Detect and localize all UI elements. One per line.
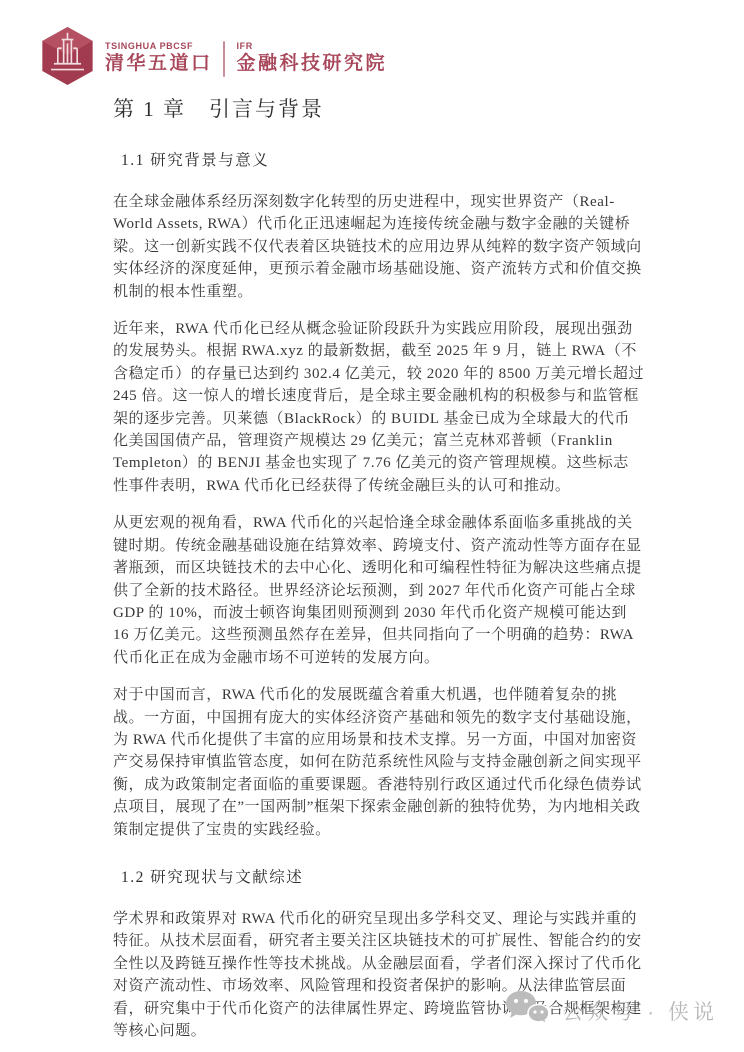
wechat-icon <box>504 989 550 1032</box>
section-heading-1-1: 1.1 研究背景与意义 <box>121 150 644 172</box>
section-heading-1-2: 1.2 研究现状与文献综述 <box>121 867 644 889</box>
paragraph: 近年来，RWA 代币化已经从概念验证阶段跃升为实践应用阶段，展现出强劲的发展势头… <box>113 318 644 497</box>
paragraph: 从更宏观的视角看，RWA 代币化的兴起恰逢全球金融体系面临多重挑战的关键时期。传… <box>113 512 644 669</box>
brand-primary-zh-label: 清华五道口 <box>105 52 213 76</box>
watermark: 公众号 · 侠说 <box>504 989 718 1032</box>
document-page: 第 1 章 引言与背景 1.1 研究背景与意义 在全球金融体系经历深刻数字化转型… <box>113 94 644 1052</box>
chapter-title: 第 1 章 引言与背景 <box>113 94 644 124</box>
page-header: TSINGHUA PBCSF 清华五道口 IFR 金融科技研究院 <box>40 26 387 91</box>
paragraph: 在全球金融体系经历深刻数字化转型的历史进程中，现实世界资产（Real-World… <box>113 191 644 303</box>
watermark-text: 公众号 · 侠说 <box>562 996 718 1026</box>
paragraph: 对于中国而言，RWA 代币化的发展既蕴含着重大机遇，也伴随着复杂的挑战。一方面，… <box>113 684 644 841</box>
brand-secondary: IFR 金融科技研究院 <box>237 41 388 76</box>
pbcsf-hexagon-building-icon <box>40 26 95 91</box>
logo-divider <box>223 41 225 77</box>
brand-primary: TSINGHUA PBCSF 清华五道口 <box>105 41 213 76</box>
brand-secondary-zh-label: 金融科技研究院 <box>237 52 388 76</box>
brand-primary-en-label: TSINGHUA PBCSF <box>105 41 213 52</box>
brand-secondary-en-label: IFR <box>237 41 388 52</box>
